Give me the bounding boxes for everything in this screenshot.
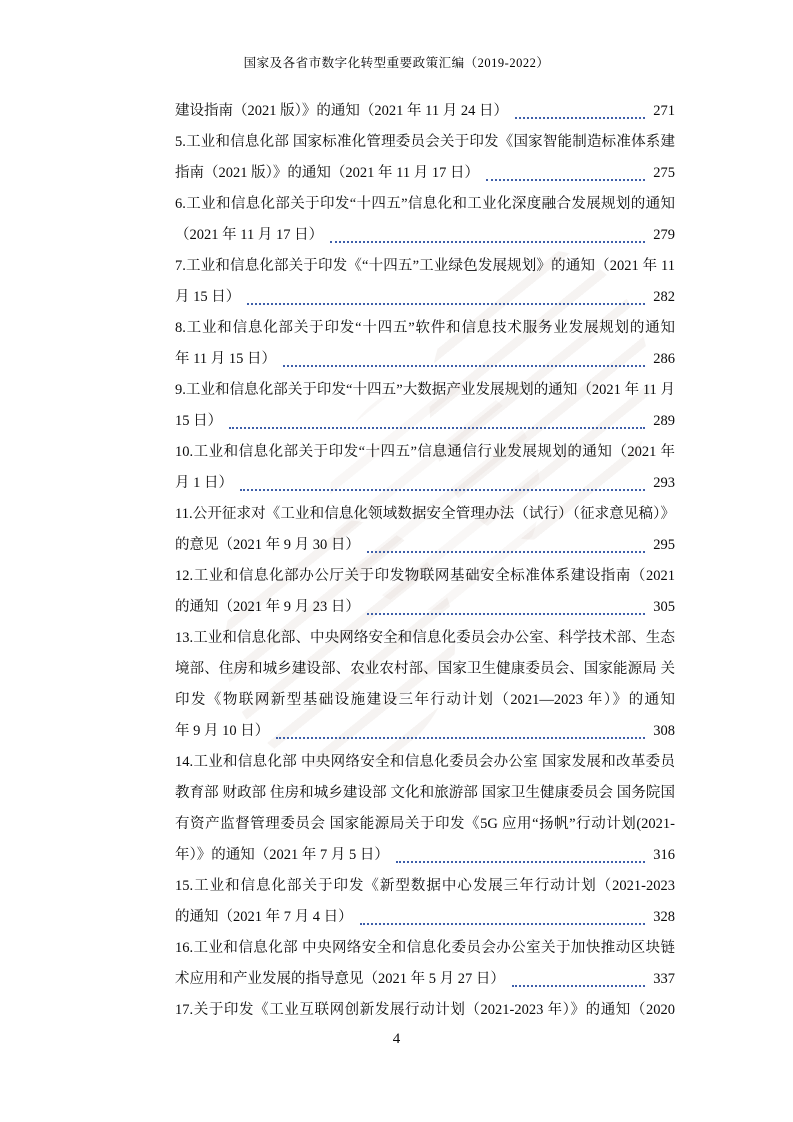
toc-entry-text: 17.关于印发《工业互联网创新发展行动计划（2021-2023 年）》的通知（2… (175, 995, 675, 1026)
toc-entry[interactable]: 6.工业和信息化部关于印发“十四五”信息化和工业化深度融合发展规划的通知（202… (175, 189, 675, 251)
dot-leader (367, 592, 645, 615)
toc-entry-text: 年 11 月 15 日） (175, 344, 276, 375)
toc-entry-text: 境部、住房和城乡建设部、农业农村部、国家卫生健康委员会、国家能源局 关于 (175, 654, 675, 685)
toc-entry[interactable]: 8.工业和信息化部关于印发“十四五”软件和信息技术服务业发展规划的通知(2021… (175, 313, 675, 375)
toc-entry-text: 年 9 月 10 日） (175, 716, 269, 747)
document-header-title: 国家及各省市数字化转型重要政策汇编（2019-2022） (0, 53, 793, 71)
toc-entry-text: 月 1 日） (175, 468, 233, 499)
toc-page-number: 328 (653, 902, 675, 933)
toc-page-number: 286 (653, 344, 675, 375)
toc-entry[interactable]: 5.工业和信息化部 国家标准化管理委员会关于印发《国家智能制造标准体系建设指南（… (175, 127, 675, 189)
toc-entry[interactable]: 13.工业和信息化部、中央网络安全和信息化委员会办公室、科学技术部、生态环境部、… (175, 623, 675, 747)
toc-entry-text: 9.工业和信息化部关于印发“十四五”大数据产业发展规划的通知（2021 年 11… (175, 375, 675, 406)
dot-leader (240, 468, 645, 491)
dot-leader (247, 282, 645, 305)
dot-leader (330, 220, 645, 243)
toc-entry-text: 教育部 财政部 住房和城乡建设部 文化和旅游部 国家卫生健康委员会 国务院国 (175, 778, 675, 809)
dot-leader (276, 716, 645, 739)
toc-entry-text: 的通知（2021 年 9 月 23 日） (175, 592, 360, 623)
toc-entry[interactable]: 9.工业和信息化部关于印发“十四五”大数据产业发展规划的通知（2021 年 11… (175, 375, 675, 437)
dot-leader (360, 902, 646, 925)
toc-entry[interactable]: 10.工业和信息化部关于印发“十四五”信息通信行业发展规划的通知（2021 年 … (175, 437, 675, 499)
toc-entry-text: 有资产监督管理委员会 国家能源局关于印发《5G 应用“扬帆”行动计划(2021-… (175, 809, 675, 840)
toc-page-number: 282 (653, 282, 675, 313)
toc-entry[interactable]: 14.工业和信息化部 中央网络安全和信息化委员会办公室 国家发展和改革委员会教育… (175, 747, 675, 871)
toc-entry-text: 指南（2021 版）》的通知（2021 年 11 月 17 日） (175, 158, 479, 189)
toc-entry-text: 月 15 日） (175, 282, 240, 313)
toc-entry-line: 指南（2021 版）》的通知（2021 年 11 月 17 日）275 (175, 158, 675, 189)
dot-leader (367, 530, 645, 553)
document-page: 国家及各省市数字化转型重要政策汇编（2019-2022） 建设指南（2021 版… (0, 0, 793, 1122)
toc-entry-text: 6.工业和信息化部关于印发“十四五”信息化和工业化深度融合发展规划的通知 (175, 189, 675, 220)
toc-entry-line: （2021 年 11 月 17 日）279 (175, 220, 675, 251)
toc-entry-line: 的通知（2021 年 7 月 4 日）328 (175, 902, 675, 933)
toc-page-number: 305 (653, 592, 675, 623)
toc-page-number: 308 (653, 716, 675, 747)
toc-entry-line: 年 9 月 10 日）308 (175, 716, 675, 747)
toc-entry-text: 10.工业和信息化部关于印发“十四五”信息通信行业发展规划的通知（2021 年 … (175, 437, 675, 468)
toc-entry-text: 5.工业和信息化部 国家标准化管理委员会关于印发《国家智能制造标准体系建设 (175, 127, 675, 158)
toc-entry-line: 月 1 日）293 (175, 468, 675, 499)
dot-leader (229, 406, 645, 429)
toc-entry-text: （2021 年 11 月 17 日） (175, 220, 323, 251)
toc-entry-text: 术应用和产业发展的指导意见（2021 年 5 月 27 日） (175, 964, 505, 995)
toc-entry-line: 的通知（2021 年 9 月 23 日）305 (175, 592, 675, 623)
toc-page-number: 293 (653, 468, 675, 499)
toc-entry-line: 术应用和产业发展的指导意见（2021 年 5 月 27 日）337 (175, 964, 675, 995)
toc-entry[interactable]: 11.公开征求对《工业和信息化领域数据安全管理办法（试行）（征求意见稿）》的意见… (175, 499, 675, 561)
toc-entry-text: 的意见（2021 年 9 月 30 日） (175, 530, 360, 561)
toc-entry[interactable]: 7.工业和信息化部关于印发《“十四五”工业绿色发展规划》的通知（2021 年 1… (175, 251, 675, 313)
toc-entry-line: 月 15 日）282 (175, 282, 675, 313)
toc-entry-text: 11.公开征求对《工业和信息化领域数据安全管理办法（试行）（征求意见稿）》 (175, 499, 675, 530)
toc-entry-text: 的通知（2021 年 7 月 4 日） (175, 902, 353, 933)
toc-page-number: 337 (653, 964, 675, 995)
toc-entry-text: 印发《物联网新型基础设施建设三年行动计划（2021—2023 年）》的通知（20… (175, 685, 675, 716)
toc-entry-text: 7.工业和信息化部关于印发《“十四五”工业绿色发展规划》的通知（2021 年 1… (175, 251, 675, 282)
toc-entry[interactable]: 17.关于印发《工业互联网创新发展行动计划（2021-2023 年）》的通知（2… (175, 995, 675, 1026)
toc-entry-text: 13.工业和信息化部、中央网络安全和信息化委员会办公室、科学技术部、生态环 (175, 623, 675, 654)
toc-entry-line: 15 日）289 (175, 406, 675, 437)
toc-entry[interactable]: 建设指南（2021 版）》的通知（2021 年 11 月 24 日）271 (175, 96, 675, 127)
toc-entry-text: 建设指南（2021 版）》的通知（2021 年 11 月 24 日） (175, 96, 508, 127)
toc-entry-line: 年）》的通知（2021 年 7 月 5 日）316 (175, 840, 675, 871)
page-number: 4 (0, 1031, 793, 1048)
toc-page-number: 289 (653, 406, 675, 437)
toc-page-number: 275 (653, 158, 675, 189)
toc-page-number: 295 (653, 530, 675, 561)
toc-entry-line: 的意见（2021 年 9 月 30 日）295 (175, 530, 675, 561)
dot-leader (515, 96, 645, 119)
dot-leader (283, 344, 645, 367)
toc-page-number: 271 (653, 96, 675, 127)
toc-entry-text: 15 日） (175, 406, 222, 437)
toc-entry[interactable]: 15.工业和信息化部关于印发《新型数据中心发展三年行动计划（2021-2023 … (175, 871, 675, 933)
toc-entry-line: 建设指南（2021 版）》的通知（2021 年 11 月 24 日）271 (175, 96, 675, 127)
toc-entry-text: 15.工业和信息化部关于印发《新型数据中心发展三年行动计划（2021-2023 … (175, 871, 675, 902)
toc-entry[interactable]: 12.工业和信息化部办公厅关于印发物联网基础安全标准体系建设指南（2021 版）… (175, 561, 675, 623)
toc-entry-text: 16.工业和信息化部 中央网络安全和信息化委员会办公室关于加快推动区块链技 (175, 933, 675, 964)
toc-entry-text: 8.工业和信息化部关于印发“十四五”软件和信息技术服务业发展规划的通知(2021 (175, 313, 675, 344)
toc-entry[interactable]: 16.工业和信息化部 中央网络安全和信息化委员会办公室关于加快推动区块链技术应用… (175, 933, 675, 995)
dot-leader (396, 840, 645, 863)
dot-leader (486, 158, 645, 181)
toc-entry-line: 年 11 月 15 日）286 (175, 344, 675, 375)
toc-entry-text: 12.工业和信息化部办公厅关于印发物联网基础安全标准体系建设指南（2021 版） (175, 561, 675, 592)
toc-page-number: 316 (653, 840, 675, 871)
toc-list: 建设指南（2021 版）》的通知（2021 年 11 月 24 日）2715.工… (175, 96, 675, 1026)
toc-page-number: 279 (653, 220, 675, 251)
toc-entry-text: 年）》的通知（2021 年 7 月 5 日） (175, 840, 389, 871)
dot-leader (512, 964, 645, 987)
toc-entry-text: 14.工业和信息化部 中央网络安全和信息化委员会办公室 国家发展和改革委员会 (175, 747, 675, 778)
